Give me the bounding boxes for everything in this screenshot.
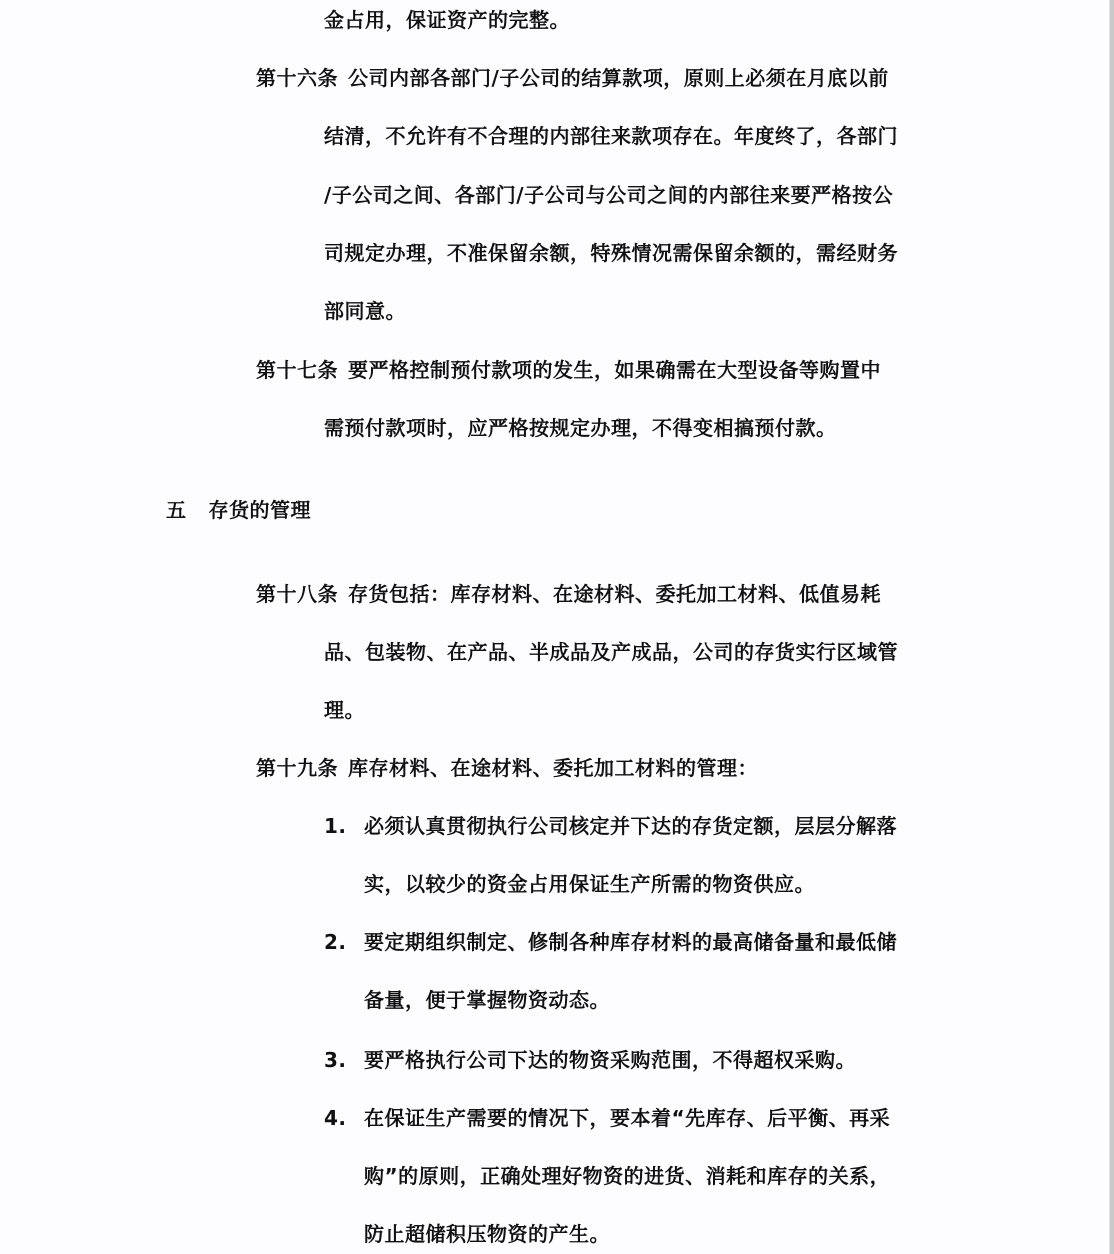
- list-item-1-number: 1.: [324, 812, 347, 840]
- list-item-3-number: 3.: [324, 1046, 347, 1074]
- section-title: 存货的管理: [209, 498, 312, 522]
- article-19-line-1: 第十九条库存材料、在途材料、委托加工材料的管理：: [256, 754, 758, 782]
- article-16-line-5: 部同意。: [324, 297, 406, 325]
- list-item-2-line-2: 备量，便于掌握物资动态。: [364, 986, 610, 1014]
- article-18-line-3: 理。: [324, 696, 365, 724]
- list-item-4-number: 4.: [324, 1104, 347, 1132]
- article-16-line-3: /子公司之间、各部门/子公司与公司之间的内部往来要严格按公: [324, 181, 893, 209]
- article-17-line-2: 需预付款项时，应严格按规定办理，不得变相搞预付款。: [324, 414, 837, 442]
- article-17-title: 第十七条: [256, 358, 338, 382]
- list-item-4-line-3: 防止超储积压物资的产生。: [364, 1220, 610, 1248]
- article-18-title: 第十八条: [256, 582, 338, 606]
- list-item-2-line-1: 要定期组织制定、修制各种库存材料的最高储备量和最低储: [364, 928, 897, 956]
- article-18-text: 存货包括：库存材料、在途材料、委托加工材料、低值易耗: [348, 582, 881, 606]
- page-edge-divider: [1109, 0, 1114, 1254]
- article-18-line-2: 品、包装物、在产品、半成品及产成品，公司的存货实行区域管: [324, 638, 898, 666]
- article-16-text: 公司内部各部门/子公司的结算款项，原则上必须在月底以前: [348, 66, 889, 90]
- list-item-4-line-1: 在保证生产需要的情况下，要本着“先库存、后平衡、再采: [364, 1104, 890, 1132]
- section-heading: 五存货的管理: [166, 496, 311, 524]
- article-17-line-1: 第十七条要严格控制预付款项的发生，如果确需在大型设备等购置中: [256, 356, 881, 384]
- document-page: 金占用，保证资产的完整。 第十六条公司内部各部门/子公司的结算款项，原则上必须在…: [0, 0, 1110, 1254]
- list-item-2-number: 2.: [324, 928, 347, 956]
- list-item-1-line-1: 必须认真贯彻执行公司核定并下达的存货定额，层层分解落: [364, 812, 897, 840]
- article-17-text: 要严格控制预付款项的发生，如果确需在大型设备等购置中: [348, 358, 881, 382]
- list-item-3-line-1: 要严格执行公司下达的物资采购范围，不得超权采购。: [364, 1046, 856, 1074]
- section-number: 五: [166, 498, 187, 522]
- article-19-title: 第十九条: [256, 756, 338, 780]
- article-19-text: 库存材料、在途材料、委托加工材料的管理：: [348, 756, 758, 780]
- article-16-line-1: 第十六条公司内部各部门/子公司的结算款项，原则上必须在月底以前: [256, 64, 889, 92]
- list-item-1-line-2: 实，以较少的资金占用保证生产所需的物资供应。: [364, 870, 815, 898]
- article-16-line-4: 司规定办理，不准保留余额，特殊情况需保留余额的，需经财务: [324, 239, 898, 267]
- article-18-line-1: 第十八条存货包括：库存材料、在途材料、委托加工材料、低值易耗: [256, 580, 881, 608]
- paragraph-continuation: 金占用，保证资产的完整。: [324, 6, 570, 34]
- list-item-4-line-2: 购”的原则，正确处理好物资的进货、消耗和库存的关系，: [364, 1162, 890, 1190]
- article-16-line-2: 结清，不允许有不合理的内部往来款项存在。年度终了，各部门: [324, 122, 898, 150]
- article-16-title: 第十六条: [256, 66, 338, 90]
